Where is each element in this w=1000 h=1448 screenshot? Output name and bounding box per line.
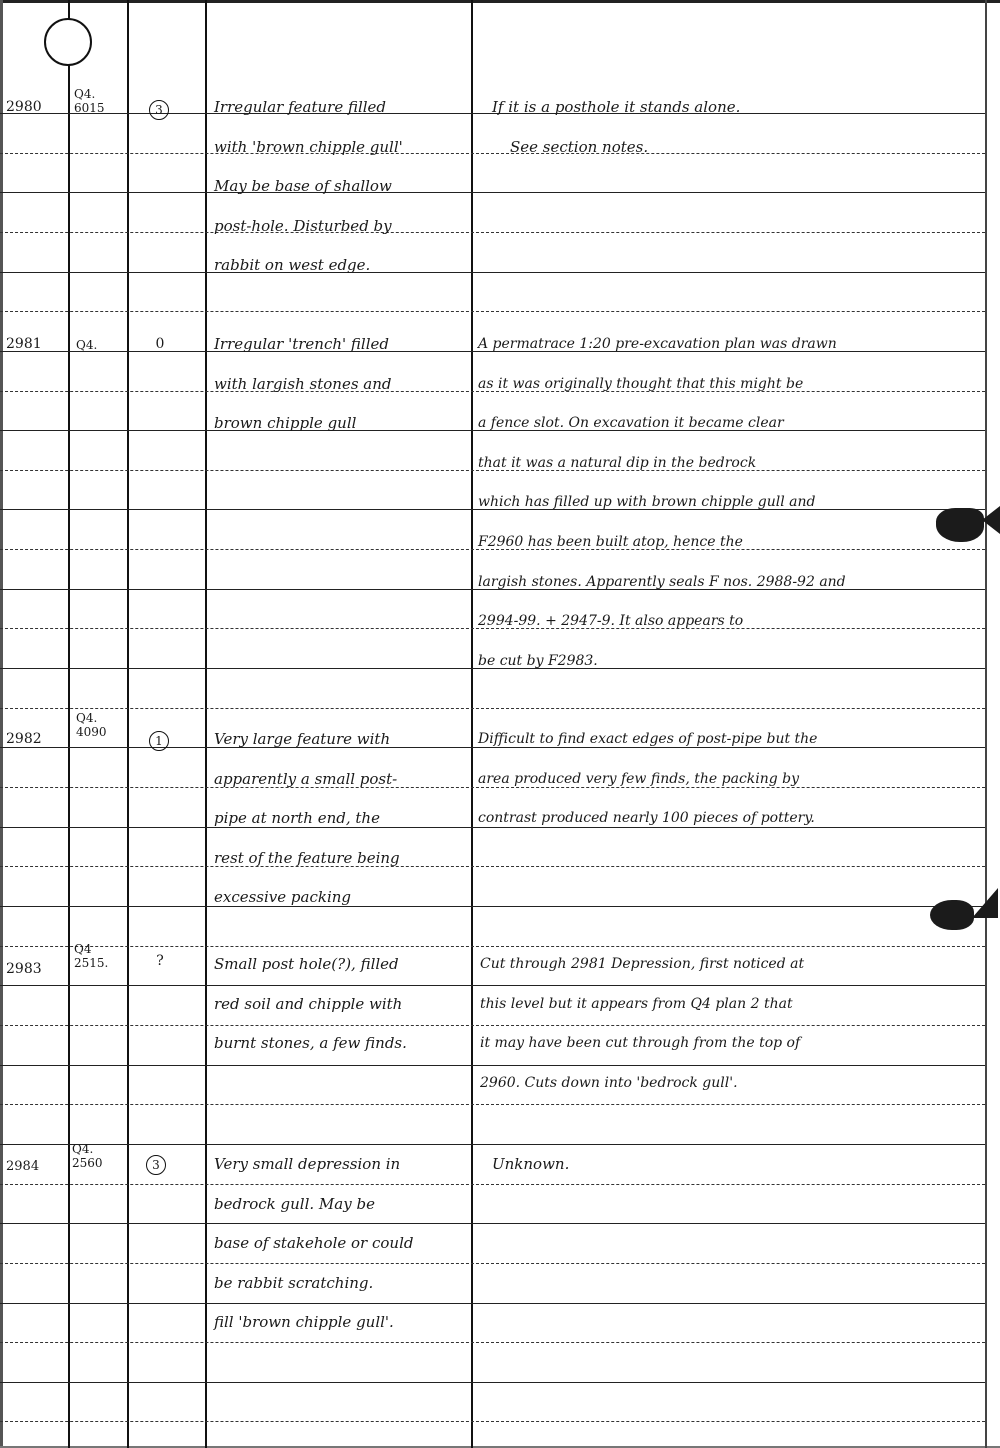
description-line: bedrock gull. May be (214, 1185, 413, 1225)
interpretation-line: Difficult to find exact edges of post-pi… (478, 720, 817, 760)
phase-badge: 1 (149, 731, 169, 751)
quad-ref: Q4. 2560 (72, 1142, 103, 1170)
description-line: burnt stones, a few finds. (214, 1024, 407, 1064)
interpretation-line: largish stones. Apparently seals F nos. … (478, 563, 846, 603)
description-line: apparently a small post- (214, 760, 400, 800)
description-line: be rabbit scratching. (214, 1264, 413, 1304)
quad-ref-line2: 2560 (72, 1156, 103, 1170)
description-line: pipe at north end, the (214, 799, 400, 839)
ruled-line (0, 1421, 985, 1422)
quad-ref-line1: Q4. (76, 338, 97, 352)
interpretation-line: If it is a posthole it stands alone. (492, 88, 740, 128)
phase-badge: ? (148, 942, 172, 982)
quad-ref-line1: Q4. (72, 1142, 103, 1156)
interpretation-line: a fence slot. On excavation it became cl… (478, 404, 846, 444)
description-line: post-hole. Disturbed by (214, 207, 403, 247)
ruled-line (0, 232, 985, 233)
register-sheet: 2980 Q4. 6015 3 Irregular feature filled… (0, 0, 1000, 1448)
description-line: May be base of shallow (214, 167, 403, 207)
interpretation-line: Cut through 2981 Depression, first notic… (480, 945, 804, 985)
interpretation-line: contrast produced nearly 100 pieces of p… (478, 799, 817, 839)
quad-ref: Q4 2515. (74, 942, 108, 970)
interpretation-line: 2994-99. + 2947-9. It also appears to (478, 602, 846, 642)
interpretation-line: 2960. Cuts down into 'bedrock gull'. (480, 1064, 804, 1104)
scan-artifact-blob (930, 900, 974, 930)
ruled-line (0, 866, 985, 867)
description-line: Very large feature with (214, 720, 400, 760)
column-rule-2 (127, 0, 129, 1448)
feature-number: 2984 (6, 1147, 39, 1187)
ruled-line (0, 1382, 985, 1383)
column-rule-5 (985, 0, 987, 1448)
sheet-left-border (0, 0, 3, 1448)
description-line: Irregular feature filled (214, 88, 403, 128)
column-rule-1 (68, 0, 70, 1448)
ruled-line (0, 708, 985, 709)
interpretation-line: area produced very few finds, the packin… (478, 760, 817, 800)
column-rule-3 (205, 0, 207, 1448)
description-line: Very small depression in (214, 1145, 413, 1185)
description-line: brown chipple gull (214, 404, 392, 444)
interpretation-line: Unknown. (492, 1145, 569, 1185)
sheet-top-border (0, 0, 1000, 3)
ruled-line (0, 1303, 985, 1304)
column-rule-4 (471, 0, 473, 1448)
interpretation-line: be cut by F2983. (478, 642, 846, 682)
ruled-line (0, 311, 985, 312)
quad-ref: Q4. 4090 (76, 711, 107, 739)
quad-ref: Q4. 6015 (74, 87, 105, 115)
ruled-line (0, 1223, 985, 1224)
interpretation-line: this level but it appears from Q4 plan 2… (480, 985, 804, 1025)
description-line: excessive packing (214, 878, 400, 918)
phase-badge: 0 (148, 325, 172, 365)
phase-badge: 3 (146, 1155, 166, 1175)
scan-artifact-blob (936, 508, 984, 542)
description-line: with 'brown chipple gull' (214, 128, 403, 168)
description-line: rabbit on west edge. (214, 246, 403, 286)
feature-number: 2982 (6, 720, 42, 760)
ruled-line (0, 192, 985, 193)
description-line: rest of the feature being (214, 839, 400, 879)
quad-ref-line1: Q4. (76, 711, 107, 725)
interpretation-line: it may have been cut through from the to… (480, 1024, 804, 1064)
quad-ref-line1: Q4 (74, 942, 108, 956)
interpretation: Cut through 2981 Depression, first notic… (480, 945, 804, 1103)
feature-number: 2983 (6, 950, 42, 990)
description-line: base of stakehole or could (214, 1224, 413, 1264)
interpretation: A permatrace 1:20 pre-excavation plan wa… (478, 325, 846, 681)
quad-ref-line2: 2515. (74, 956, 108, 970)
ruled-line (0, 1263, 985, 1264)
quad-ref: Q4. (76, 338, 97, 352)
description: Small post hole(?), filled red soil and … (214, 945, 407, 1064)
quad-ref-line2: 6015 (74, 101, 105, 115)
description: Irregular 'trench' filled with largish s… (214, 325, 392, 444)
punch-hole-icon (44, 18, 92, 66)
description: Irregular feature filled with 'brown chi… (214, 88, 403, 286)
quad-ref-line2: 4090 (76, 725, 107, 739)
description-line: Small post hole(?), filled (214, 945, 407, 985)
ruled-line (0, 1104, 985, 1105)
interpretation-line: which has filled up with brown chipple g… (478, 483, 846, 523)
description-line: fill 'brown chipple gull'. (214, 1303, 413, 1343)
description: Very large feature with apparently a sma… (214, 720, 400, 918)
interpretation-line: A permatrace 1:20 pre-excavation plan wa… (478, 325, 846, 365)
description: Very small depression in bedrock gull. M… (214, 1145, 413, 1343)
feature-number: 2981 (6, 325, 42, 365)
interpretation-line: F2960 has been built atop, hence the (478, 523, 846, 563)
description-line: Irregular 'trench' filled (214, 325, 392, 365)
quad-ref-line1: Q4. (74, 87, 105, 101)
interpretation: Unknown. (492, 1145, 569, 1185)
interpretation: If it is a posthole it stands alone. See… (492, 88, 740, 167)
interpretation-line: See section notes. (492, 128, 740, 168)
interpretation-line: as it was originally thought that this m… (478, 365, 846, 405)
ruled-line (0, 1342, 985, 1343)
interpretation-line: that it was a natural dip in the bedrock (478, 444, 846, 484)
ruled-line (0, 272, 985, 273)
interpretation: Difficult to find exact edges of post-pi… (478, 720, 817, 839)
feature-number: 2980 (6, 88, 42, 128)
ruled-line (0, 906, 985, 907)
phase-badge: 3 (149, 100, 169, 120)
description-line: with largish stones and (214, 365, 392, 405)
description-line: red soil and chipple with (214, 985, 407, 1025)
